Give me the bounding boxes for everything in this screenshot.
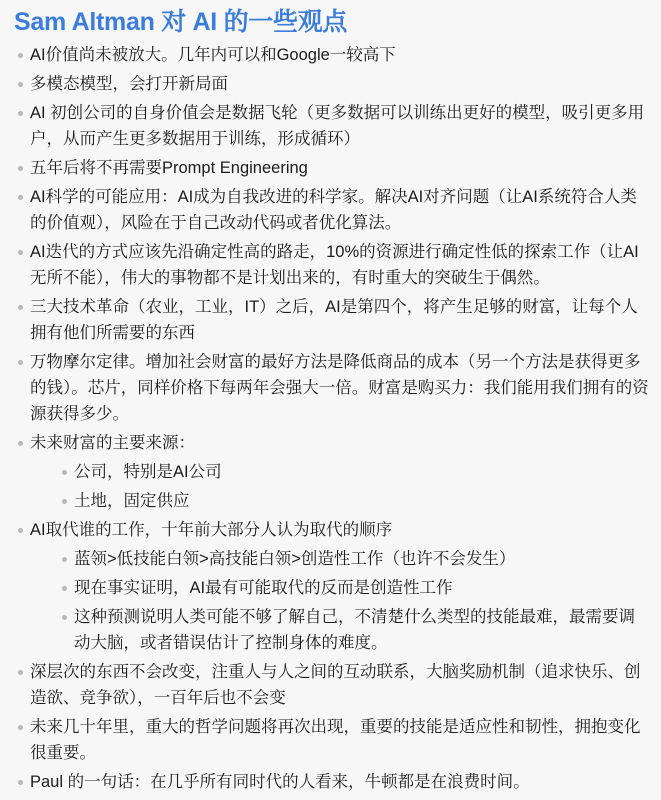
list-item: 万物摩尔定律。增加社会财富的最好方法是降低商品的成本（另一个方法是获得更多的钱）… xyxy=(14,349,651,427)
sub-list: 蓝领>低技能白领>高技能白领>创造性工作（也许不会发生） 现在事实证明，AI最有… xyxy=(30,546,651,656)
list-item-wealth-sources: 未来财富的主要来源： 公司，特别是AI公司 土地，固定供应 xyxy=(14,430,651,514)
list-item: 多模态模型，会打开新局面 xyxy=(14,71,651,97)
list-item: 未来几十年里，重大的哲学问题将再次出现，重要的技能是适应性和韧性，拥抱变化很重要… xyxy=(14,714,651,766)
list-item: 三大技术革命（农业，工业，IT）之后，AI是第四个，将产生足够的财富，让每个人拥… xyxy=(14,294,651,346)
sub-list-item: 蓝领>低技能白领>高技能白领>创造性工作（也许不会发生） xyxy=(58,546,651,572)
bullet-list: AI价值尚未被放大。几年内可以和Google一较高下 多模态模型，会打开新局面 … xyxy=(14,42,651,795)
sub-list-item: 这种预测说明人类可能不够了解自己，不清楚什么类型的技能最难，最需要调动大脑，或者… xyxy=(58,604,651,656)
list-item: 深层次的东西不会改变，注重人与人之间的互动联系，大脑奖励机制（追求快乐、创造欲、… xyxy=(14,659,651,711)
sub-list: 公司，特别是AI公司 土地，固定供应 xyxy=(30,459,651,514)
list-item: AI价值尚未被放大。几年内可以和Google一较高下 xyxy=(14,42,651,68)
sub-list-item: 土地，固定供应 xyxy=(58,488,651,514)
list-item: AI迭代的方式应该先沿确定性高的路走，10%的资源进行确定性低的探索工作（让AI… xyxy=(14,239,651,291)
list-item-job-replacement: AI取代谁的工作，十年前大部分人认为取代的顺序 蓝领>低技能白领>高技能白领>创… xyxy=(14,517,651,656)
sub-list-item: 现在事实证明，AI最有可能取代的反而是创造性工作 xyxy=(58,575,651,601)
page-title: Sam Altman 对 AI 的一些观点 xyxy=(14,6,651,38)
list-item: AI 初创公司的自身价值会是数据飞轮（更多数据可以训练出更好的模型，吸引更多用户… xyxy=(14,100,651,152)
sub-list-item: 公司，特别是AI公司 xyxy=(58,459,651,485)
list-item: Paul 的一句话：在几乎所有同时代的人看来，牛顿都是在浪费时间。 xyxy=(14,769,651,795)
list-item: AI科学的可能应用：AI成为自我改进的科学家。解决AI对齐问题（让AI系统符合人… xyxy=(14,184,651,236)
document-page: Sam Altman 对 AI 的一些观点 AI价值尚未被放大。几年内可以和Go… xyxy=(0,0,661,795)
list-item: 五年后将不再需要Prompt Engineering xyxy=(14,155,651,181)
